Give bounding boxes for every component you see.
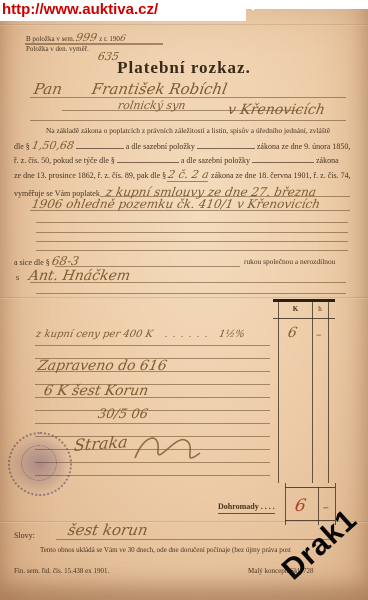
addressee-place: v Křenovicích <box>227 102 327 118</box>
fee-row-1: z kupní ceny per 400 K . . . . . . 1½% <box>36 329 245 340</box>
register-row2-label: Položka v den. vyměř. <box>26 45 89 53</box>
blank-underline <box>197 140 255 149</box>
blank-ruled-line <box>36 250 348 251</box>
fee-row1-h-value: – <box>315 328 323 341</box>
clearance-note-1-wrap: Zapraveno do 616 <box>38 358 167 374</box>
signature-flourish <box>130 428 220 473</box>
blank-ruled-line <box>36 232 348 233</box>
blank-ruled-line <box>36 293 346 294</box>
assessment-rule2 <box>30 210 350 211</box>
table-right-line <box>328 302 329 483</box>
addressee-line1: Pan František Robíchl <box>34 80 227 98</box>
total-box-left <box>285 483 286 525</box>
sazebni-label: a dle sazební položky <box>126 142 195 151</box>
scanned-document-page: http://www.auktiva.cz/ B položka v sem. … <box>0 0 368 600</box>
register-row1-year-prefix: z r. 190 <box>99 35 120 43</box>
table-col-h: h <box>312 305 328 313</box>
paper-crease <box>0 521 368 523</box>
line3a-label: ze dne 13. prosince 1862, ř. z. čís. 89,… <box>14 171 166 180</box>
legal-dle-line: dle § 1,50,68 a dle sazební položky záko… <box>14 139 350 152</box>
clearance-date-wrap: 30/5 06 <box>98 407 148 422</box>
asice-label: a sice dle § <box>14 258 50 267</box>
paper-crease <box>0 24 368 26</box>
legal-intro: Na základě zákona o poplatcích z právníc… <box>30 126 348 135</box>
table-left-line <box>278 302 279 483</box>
table-header-underline <box>273 318 335 319</box>
table-ruled-line <box>35 475 270 476</box>
blank-ruled-line <box>36 222 348 223</box>
slovy-value-wrap: šest korun <box>68 521 148 539</box>
total-k-wrap: 6 <box>295 496 306 516</box>
total-box-top <box>285 487 335 488</box>
signature-wrap: Straka <box>73 432 128 455</box>
blank-underline <box>252 154 314 163</box>
addressee-salutation: Pan <box>32 80 63 98</box>
table-ruled-line <box>35 410 270 411</box>
addressee-rule3 <box>30 120 346 121</box>
dle-value: 1,50,68 <box>31 139 75 152</box>
table-top-bar <box>273 299 335 302</box>
official-stamp <box>8 432 72 496</box>
slovy-value: šest korun <box>66 521 149 539</box>
rukou-label: rukou společnou a nerozdílnou <box>244 257 335 266</box>
assessment-line2: 1906 ohledně pozemku čk. 410/1 v Křenovi… <box>32 197 320 211</box>
reference-left: Fin. sem. řid. čís. 15.438 ex 1901. <box>14 567 109 575</box>
register-row1-label: B položka v sem. <box>26 35 75 43</box>
legal-line2: ř. z. čís. 50, pokud se týče dle § a dle… <box>14 154 339 165</box>
table-ruled-line <box>35 423 270 424</box>
clearance-note-2-wrap: 6 K šest Korun <box>44 383 148 399</box>
fee-row1-text: z kupní ceny per 400 K <box>35 329 154 340</box>
total-box-divider <box>318 487 319 525</box>
line3b-label: zákona ze dne 18. června 1901, ř. z. čís… <box>211 171 351 180</box>
asice-rule <box>55 266 240 267</box>
slovy-rule <box>56 539 334 540</box>
line2c-label: zákona <box>316 156 339 165</box>
line2b-label: a dle sazební položky <box>181 156 250 165</box>
table-col-k: K <box>279 305 312 313</box>
fee-row1-k-value: 6 <box>287 325 299 341</box>
clearance-note-1: Zapraveno do 616 <box>37 358 169 374</box>
signature: Straka <box>73 432 129 455</box>
clearance-note-2: 6 K šest Korun <box>43 383 150 399</box>
blank-ruled-line <box>36 241 348 242</box>
blank-underline <box>117 154 179 163</box>
auction-site-url[interactable]: http://www.auktiva.cz/ <box>2 1 158 18</box>
table-divider-line <box>312 302 313 483</box>
fee-row1-h-value-wrap: – <box>316 328 322 341</box>
blank-underline <box>76 140 124 149</box>
s-label: s <box>16 273 19 282</box>
page-title: Platební rozkaz. <box>0 58 368 78</box>
official-stamp-inner-ring <box>21 445 57 481</box>
total-label: Dohromady . . . . <box>218 502 275 514</box>
slovy-label: Slovy: <box>14 531 35 540</box>
table-ruled-line <box>35 345 270 346</box>
white-top-edge <box>246 0 368 9</box>
clearance-date: 30/5 06 <box>97 407 150 422</box>
line2a-label: ř. z. čís. 50, pokud se týče dle § <box>14 156 115 165</box>
subject-handwriting-2: 1906 ohledně pozemku čk. 410/1 v Křenovi… <box>31 197 322 211</box>
total-k-value: 6 <box>293 496 307 516</box>
fee-row1-k-value-wrap: 6 <box>288 325 297 341</box>
dle-label: dle § <box>14 142 30 151</box>
fine-print: Tento obnos ukládá se Vám ve 30 dnech, o… <box>40 546 291 554</box>
addressee-name: František Robíchl <box>90 80 228 98</box>
fee-row1-percent: 1½% <box>218 329 246 340</box>
register-row2: Položka v den. vyměř. <box>26 45 89 53</box>
total-h-wrap: – <box>323 500 329 514</box>
joint-party-rule <box>30 282 346 283</box>
line3-value: 2 č. 2 a <box>167 168 210 182</box>
addressee-rule1 <box>30 97 346 98</box>
fee-row1-dots: . . . . . . <box>165 330 209 339</box>
legal-line3: ze dne 13. prosince 1862, ř. z. čís. 89,… <box>14 168 351 182</box>
total-h-value: – <box>322 500 330 514</box>
zakon1-label: zákona ze dne 9. února 1850, <box>257 142 351 151</box>
addressee-place-wrap: v Křenovicích <box>228 102 325 118</box>
